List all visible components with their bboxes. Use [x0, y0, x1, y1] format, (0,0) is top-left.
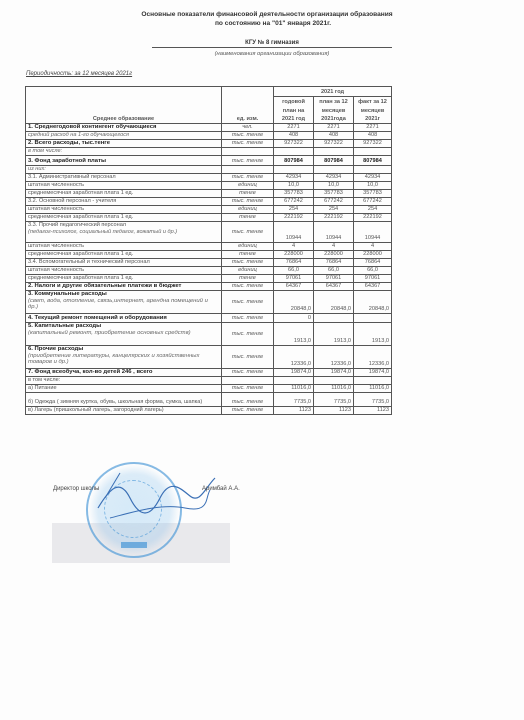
cell-v3	[354, 166, 392, 174]
cell-v2: 76864	[314, 259, 354, 267]
row-label-detail: (педагог-психолог, социальный педагог, в…	[28, 229, 219, 236]
row-unit	[222, 148, 274, 156]
cell-v3: 807984	[354, 156, 392, 166]
cell-v2	[314, 314, 354, 323]
row-label: 5. Капитальные расходы(капитальный ремон…	[26, 323, 222, 346]
cell-v3: 222192	[354, 214, 392, 222]
row-unit: единиц	[222, 182, 274, 190]
cell-v1: 2271	[274, 124, 314, 132]
row-unit: тыс. тенге	[222, 198, 274, 206]
table-row: в) Лагерь (пришкольный лагерь, загородни…	[26, 407, 392, 415]
row-unit: тыс. тенге	[222, 346, 274, 369]
header-col-plan-annual: годовой план на 2021 год	[274, 96, 314, 123]
cell-v1: 10944	[274, 222, 314, 243]
row-label: 3.1. Административный персонал	[26, 174, 222, 182]
cell-v3: 97061	[354, 275, 392, 283]
cell-v3: 19874,0	[354, 369, 392, 377]
title-line-1: Основные показатели финансовой деятельно…	[0, 10, 524, 19]
table-row: 3.1. Административный персоналтыс. тенге…	[26, 174, 392, 182]
row-unit: тенге	[222, 275, 274, 283]
cell-v1	[274, 166, 314, 174]
cell-v2: 10,0	[314, 182, 354, 190]
cell-v2	[314, 148, 354, 156]
signature-role: Директор школы	[53, 486, 99, 492]
row-label: штатная численность	[26, 243, 222, 251]
cell-v3: 1123	[354, 407, 392, 415]
header-col-plan-12m: план за 12 месяцев 2021года	[314, 96, 354, 123]
table-row: 3.4. Вспомогательный и технический персо…	[26, 259, 392, 267]
cell-v3: 11016,0	[354, 385, 392, 393]
cell-v3	[354, 314, 392, 323]
table-row: среднемесячная заработная плата 1 ед.тен…	[26, 214, 392, 222]
table-row: 7. Фонд всеобуча, кол-во детей 246 , все…	[26, 369, 392, 377]
table-row: 6. Прочие расходы(приобретение литератур…	[26, 346, 392, 369]
header-row-1: Среднее образование ед. изм. 2021 год	[26, 87, 392, 97]
row-unit: тыс. тенге	[222, 132, 274, 140]
table-row: в том числе:	[26, 148, 392, 156]
row-unit: тыс. тенге	[222, 156, 274, 166]
cell-v3	[354, 377, 392, 385]
row-unit: тыс. тенге	[222, 407, 274, 415]
signature-scribble-icon	[90, 468, 220, 538]
row-label: среднемесячная заработная плата 1 ед.	[26, 251, 222, 259]
cell-v2: 1123	[314, 407, 354, 415]
row-label: средний расход на 1-го обучающегося	[26, 132, 222, 140]
cell-v1	[274, 377, 314, 385]
cell-v1: 64367	[274, 283, 314, 291]
row-label: в том числе:	[26, 377, 222, 385]
document-title: Основные показатели финансовой деятельно…	[0, 10, 524, 28]
cell-v1: 807984	[274, 156, 314, 166]
header-unit: ед. изм.	[222, 87, 274, 124]
row-label-main: 3. Коммунальные расходы	[28, 291, 219, 298]
cell-v1: 19874,0	[274, 369, 314, 377]
table-row: штатная численностьединиц444	[26, 243, 392, 251]
row-unit: тыс. тенге	[222, 393, 274, 407]
cell-v2: 4	[314, 243, 354, 251]
cell-v3	[354, 148, 392, 156]
cell-v2: 20848,0	[314, 291, 354, 314]
header-col-fact-12m: факт за 12 месяцев 2021г	[354, 96, 392, 123]
header-section: Среднее образование	[26, 87, 222, 124]
row-unit: чел.	[222, 124, 274, 132]
row-label: 3. Фонд заработной платы	[26, 156, 222, 166]
cell-v1: 42934	[274, 174, 314, 182]
cell-v3: 677242	[354, 198, 392, 206]
cell-v3: 66,0	[354, 267, 392, 275]
cell-v2: 807984	[314, 156, 354, 166]
cell-v1: 222192	[274, 214, 314, 222]
cell-v3: 1913,0	[354, 323, 392, 346]
cell-v2: 7735,0	[314, 393, 354, 407]
cell-v1: 228000	[274, 251, 314, 259]
cell-v2: 11016,0	[314, 385, 354, 393]
row-unit: тыс. тенге	[222, 259, 274, 267]
table-row: из них:	[26, 166, 392, 174]
cell-v2	[314, 166, 354, 174]
cell-v3: 228000	[354, 251, 392, 259]
cell-v2: 2271	[314, 124, 354, 132]
table-row: среднемесячная заработная плата 1 ед.тен…	[26, 275, 392, 283]
row-unit: тыс. тенге	[222, 174, 274, 182]
cell-v2: 222192	[314, 214, 354, 222]
row-label: среднемесячная заработная плата 1 ед.	[26, 190, 222, 198]
row-label: 2. Налоги и другие обязательные платежи …	[26, 283, 222, 291]
cell-v2: 1913,0	[314, 323, 354, 346]
cell-v2: 927322	[314, 140, 354, 148]
cell-v2: 677242	[314, 198, 354, 206]
row-label: штатная численность	[26, 267, 222, 275]
row-unit: единиц	[222, 243, 274, 251]
cell-v2: 10944	[314, 222, 354, 243]
cell-v3: 12336,0	[354, 346, 392, 369]
row-label: 3.4. Вспомогательный и технический персо…	[26, 259, 222, 267]
cell-v2: 12336,0	[314, 346, 354, 369]
row-label-detail: (свет, вода, отопление, связь,интернет, …	[28, 298, 219, 311]
row-unit: тыс. тенге	[222, 222, 274, 243]
row-label: из них:	[26, 166, 222, 174]
row-label: а) Питание	[26, 385, 222, 393]
header-year: 2021 год	[274, 87, 392, 97]
row-label-main: 6. Прочие расходы	[28, 346, 219, 353]
cell-v2: 254	[314, 206, 354, 214]
cell-v1: 4	[274, 243, 314, 251]
cell-v3: 2271	[354, 124, 392, 132]
row-label: в) Лагерь (пришкольный лагерь, загородни…	[26, 407, 222, 415]
row-label-main: 3.3. Прочий педагогический персонал	[28, 222, 219, 229]
table-row: 4. Текущий ремонт помещений и оборудован…	[26, 314, 392, 323]
organization-name: КГУ № 8 гимназия	[152, 40, 392, 48]
cell-v1	[274, 148, 314, 156]
table-row: 1. Среднегодовой контингент обучающиесяч…	[26, 124, 392, 132]
table-row: средний расход на 1-го обучающегосятыс. …	[26, 132, 392, 140]
cell-v1: 97061	[274, 275, 314, 283]
cell-v3: 927322	[354, 140, 392, 148]
cell-v3: 4	[354, 243, 392, 251]
signature-name: Аримбай А.А.	[202, 486, 240, 492]
row-label: 4. Текущий ремонт помещений и оборудован…	[26, 314, 222, 323]
row-unit: тенге	[222, 251, 274, 259]
row-unit: единиц	[222, 267, 274, 275]
cell-v1: 677242	[274, 198, 314, 206]
cell-v1: 357783	[274, 190, 314, 198]
row-label: среднемесячная заработная плата 1 ед.	[26, 275, 222, 283]
row-label: б) Одежда ( зимняя куртка, обувь, школьн…	[26, 393, 222, 407]
cell-v3: 64367	[354, 283, 392, 291]
row-label: в том числе:	[26, 148, 222, 156]
cell-v2: 42934	[314, 174, 354, 182]
table-row: 5. Капитальные расходы(капитальный ремон…	[26, 323, 392, 346]
row-unit	[222, 166, 274, 174]
row-label: 2. Всего расходы, тыс.тенге	[26, 140, 222, 148]
row-label: 3.3. Прочий педагогический персонал(педа…	[26, 222, 222, 243]
cell-v3: 10944	[354, 222, 392, 243]
row-label: штатная численность	[26, 182, 222, 190]
financial-table: Среднее образование ед. изм. 2021 год го…	[25, 86, 392, 415]
cell-v3: 10,0	[354, 182, 392, 190]
cell-v1: 254	[274, 206, 314, 214]
table-row: штатная численностьединиц10,010,010,0	[26, 182, 392, 190]
cell-v2: 64367	[314, 283, 354, 291]
cell-v1: 20848,0	[274, 291, 314, 314]
cell-v1: 1123	[274, 407, 314, 415]
cell-v1: 7735,0	[274, 393, 314, 407]
row-label: 7. Фонд всеобуча, кол-во детей 246 , все…	[26, 369, 222, 377]
cell-v1: 927322	[274, 140, 314, 148]
cell-v2	[314, 377, 354, 385]
cell-v3: 408	[354, 132, 392, 140]
row-label: 1. Среднегодовой контингент обучающиеся	[26, 124, 222, 132]
cell-v3: 7735,0	[354, 393, 392, 407]
cell-v3: 42934	[354, 174, 392, 182]
row-unit: тыс. тенге	[222, 283, 274, 291]
row-unit: тыс. тенге	[222, 291, 274, 314]
row-unit: единиц	[222, 206, 274, 214]
cell-v2: 408	[314, 132, 354, 140]
cell-v3: 357783	[354, 190, 392, 198]
cell-v1: 12336,0	[274, 346, 314, 369]
table-row: 2. Налоги и другие обязательные платежи …	[26, 283, 392, 291]
cell-v2: 19874,0	[314, 369, 354, 377]
table-row: а) Питаниетыс. тенге11016,011016,011016,…	[26, 385, 392, 393]
row-label-detail: (приобретение литературы, канцелярских и…	[28, 353, 219, 366]
row-unit: тыс. тенге	[222, 385, 274, 393]
cell-v3: 20848,0	[354, 291, 392, 314]
row-unit: тенге	[222, 190, 274, 198]
table-row: 2. Всего расходы, тыс.тенгетыс. тенге927…	[26, 140, 392, 148]
row-label: 3. Коммунальные расходы(свет, вода, отоп…	[26, 291, 222, 314]
row-label: 6. Прочие расходы(приобретение литератур…	[26, 346, 222, 369]
table-row: 3.3. Прочий педагогический персонал(педа…	[26, 222, 392, 243]
row-label: штатная численность	[26, 206, 222, 214]
cell-v1: 0	[274, 314, 314, 323]
cell-v3: 76864	[354, 259, 392, 267]
row-unit: тыс. тенге	[222, 323, 274, 346]
table-row: штатная численностьединиц66,066,066,0	[26, 267, 392, 275]
row-unit: тенге	[222, 214, 274, 222]
organization-note: (наименования организации образования)	[152, 51, 392, 57]
table-row: 3.2. Основной персонал - учителятыс. тен…	[26, 198, 392, 206]
cell-v2: 66,0	[314, 267, 354, 275]
table-row: штатная численностьединиц254254254	[26, 206, 392, 214]
table-row: среднемесячная заработная плата 1 ед.тен…	[26, 190, 392, 198]
cell-v1: 1913,0	[274, 323, 314, 346]
cell-v2: 97061	[314, 275, 354, 283]
table-row: 3. Фонд заработной платытыс. тенге807984…	[26, 156, 392, 166]
cell-v3: 254	[354, 206, 392, 214]
row-label: 3.2. Основной персонал - учителя	[26, 198, 222, 206]
row-unit: тыс. тенге	[222, 314, 274, 323]
row-label-main: 5. Капитальные расходы	[28, 323, 219, 330]
periodicity: Периодичность: за 12 месяцев 2021г	[26, 71, 132, 77]
row-unit: тыс. тенге	[222, 369, 274, 377]
cell-v1: 408	[274, 132, 314, 140]
cell-v1: 66,0	[274, 267, 314, 275]
cell-v2: 228000	[314, 251, 354, 259]
cell-v1: 10,0	[274, 182, 314, 190]
cell-v2: 357783	[314, 190, 354, 198]
cell-v1: 76864	[274, 259, 314, 267]
title-line-2: по состоянию на "01" января 2021г.	[0, 19, 524, 28]
cell-v1: 11016,0	[274, 385, 314, 393]
row-label: среднемесячная заработная плата 1 ед.	[26, 214, 222, 222]
table-row: 3. Коммунальные расходы(свет, вода, отоп…	[26, 291, 392, 314]
table-row: в том числе:	[26, 377, 392, 385]
table-row: среднемесячная заработная плата 1 ед.тен…	[26, 251, 392, 259]
table-row: б) Одежда ( зимняя куртка, обувь, школьн…	[26, 393, 392, 407]
row-unit: тыс. тенге	[222, 140, 274, 148]
row-label-detail: (капитальный ремонт, приобретение основн…	[28, 330, 219, 337]
row-unit	[222, 377, 274, 385]
